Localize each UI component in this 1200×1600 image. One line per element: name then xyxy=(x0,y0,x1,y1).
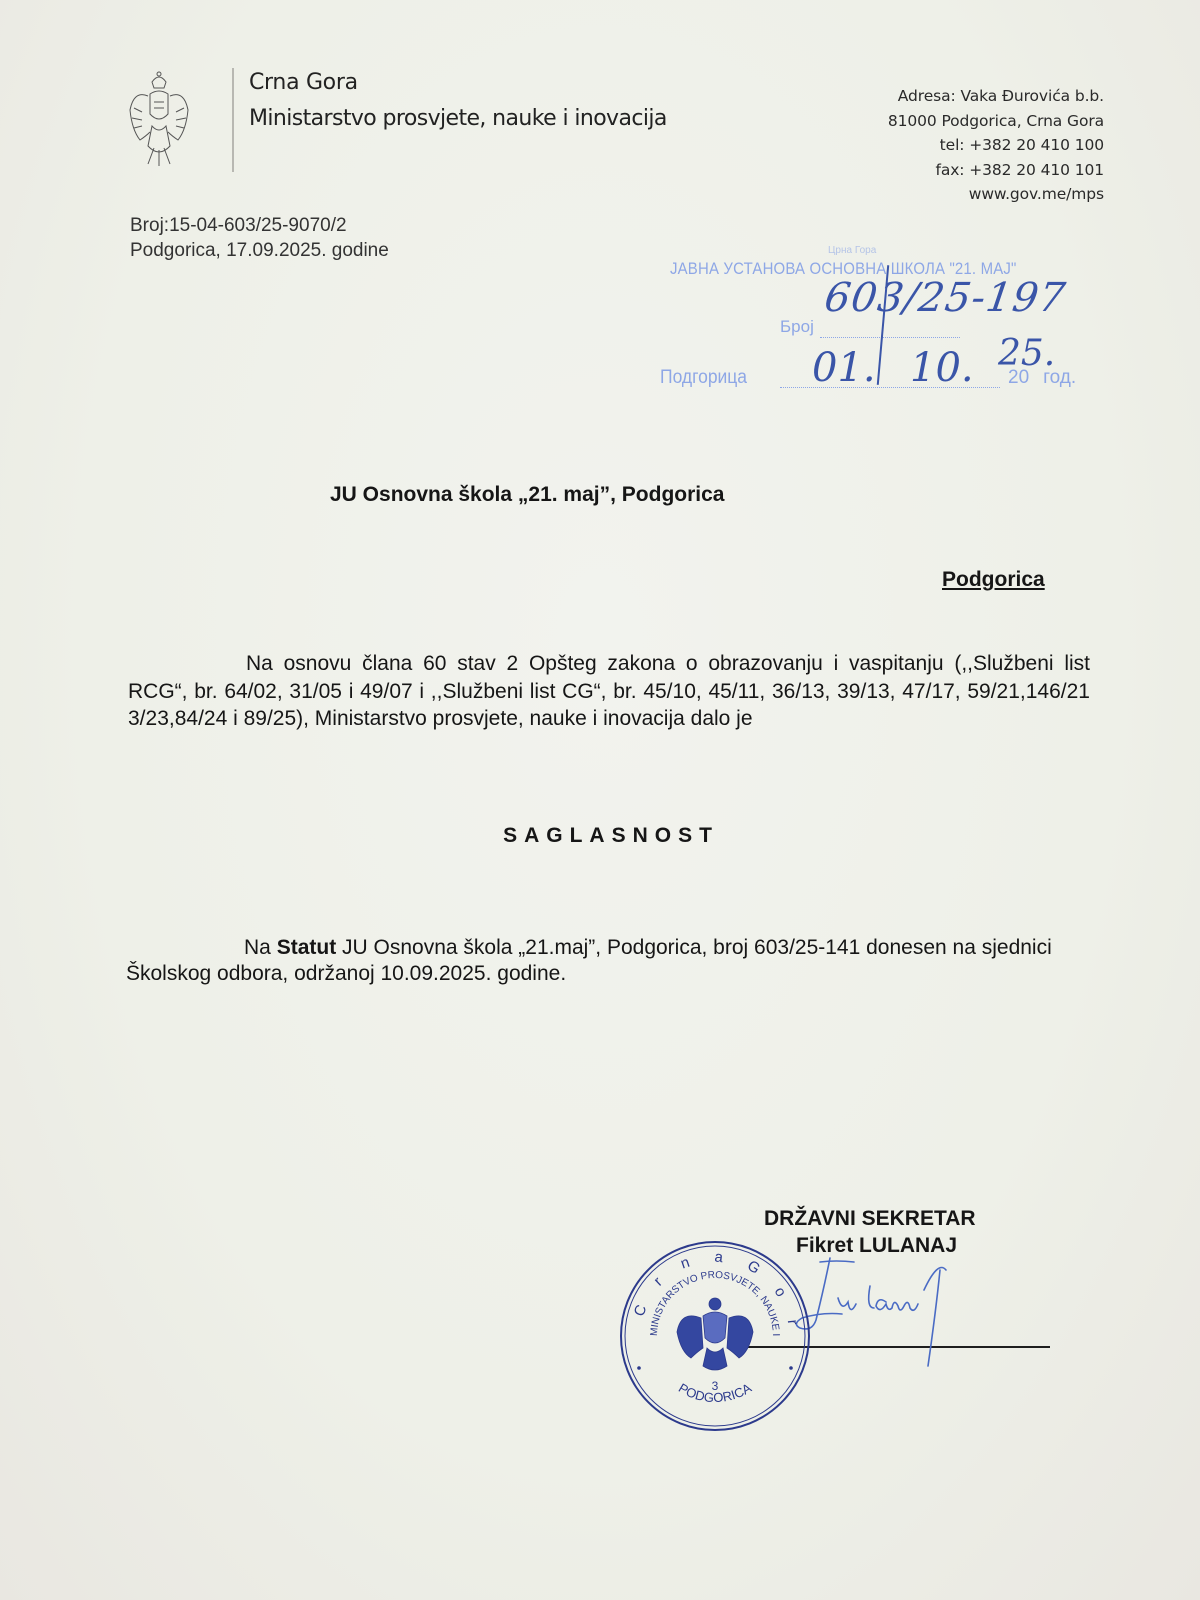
signatory-title: DRŽAVNI SEKRETAR xyxy=(764,1207,976,1231)
website-link[interactable]: www.gov.me/mps xyxy=(888,182,1104,207)
coat-of-arms-icon xyxy=(128,68,190,170)
handwritten-day: 01. xyxy=(812,345,876,391)
fax: fax: +382 20 410 101 xyxy=(888,158,1104,183)
registry-stamp-city-label: Подгорица xyxy=(660,367,747,389)
address: Adresa: Vaka Đurovića b.b. xyxy=(888,84,1104,109)
statut-bold: Statut xyxy=(277,936,337,959)
registry-stamp-country: Црна Гора xyxy=(828,245,876,256)
seal-coat-of-arms-icon xyxy=(677,1298,753,1370)
consent-paragraph: Na Statut JU Osnovna škola „21.maj”, Pod… xyxy=(126,935,1088,987)
ministry-name: Ministarstvo prosvjete, nauke i inovacij… xyxy=(249,106,667,131)
telephone: tel: +382 20 410 100 xyxy=(888,133,1104,158)
registry-stamp-broj-line xyxy=(820,337,960,338)
postal-city: 81000 Podgorica, Crna Gora xyxy=(888,109,1104,134)
reference-number: Broj:15-04-603/25-9070/2 xyxy=(130,213,389,238)
header-divider xyxy=(232,68,234,172)
registry-stamp-broj-label: Број xyxy=(780,317,814,337)
document-page: Crna Gora Ministarstvo prosvjete, nauke … xyxy=(0,0,1200,1600)
contact-block: Adresa: Vaka Đurovića b.b. 81000 Podgori… xyxy=(888,84,1104,207)
svg-text:3: 3 xyxy=(712,1379,719,1393)
handwritten-year: 25. xyxy=(998,333,1055,374)
legal-basis-paragraph: Na osnovu člana 60 stav 2 Opšteg zakona … xyxy=(128,650,1090,733)
handwritten-registry-number: 603/25-197 xyxy=(822,275,1069,321)
reference-date: Podgorica, 17.09.2025. godine xyxy=(130,238,389,263)
recipient-city: Podgorica xyxy=(942,568,1045,592)
recipient-name: JU Osnovna škola „21. maj”, Podgorica xyxy=(330,483,724,507)
handwritten-month: 10. xyxy=(910,345,974,391)
registry-stamp: Црна Гора ЈАВНА УСТАНОВА ОСНОВНА ШКОЛА "… xyxy=(660,245,1080,395)
official-seal: C r n a G o r a MINISTARSTVO PROSVJETE, … xyxy=(617,1238,813,1434)
handwritten-signature xyxy=(790,1250,980,1380)
reference-block: Broj:15-04-603/25-9070/2 Podgorica, 17.0… xyxy=(130,213,389,263)
consent-title: SAGLASNOST xyxy=(0,824,1200,848)
country-name: Crna Gora xyxy=(249,70,358,95)
